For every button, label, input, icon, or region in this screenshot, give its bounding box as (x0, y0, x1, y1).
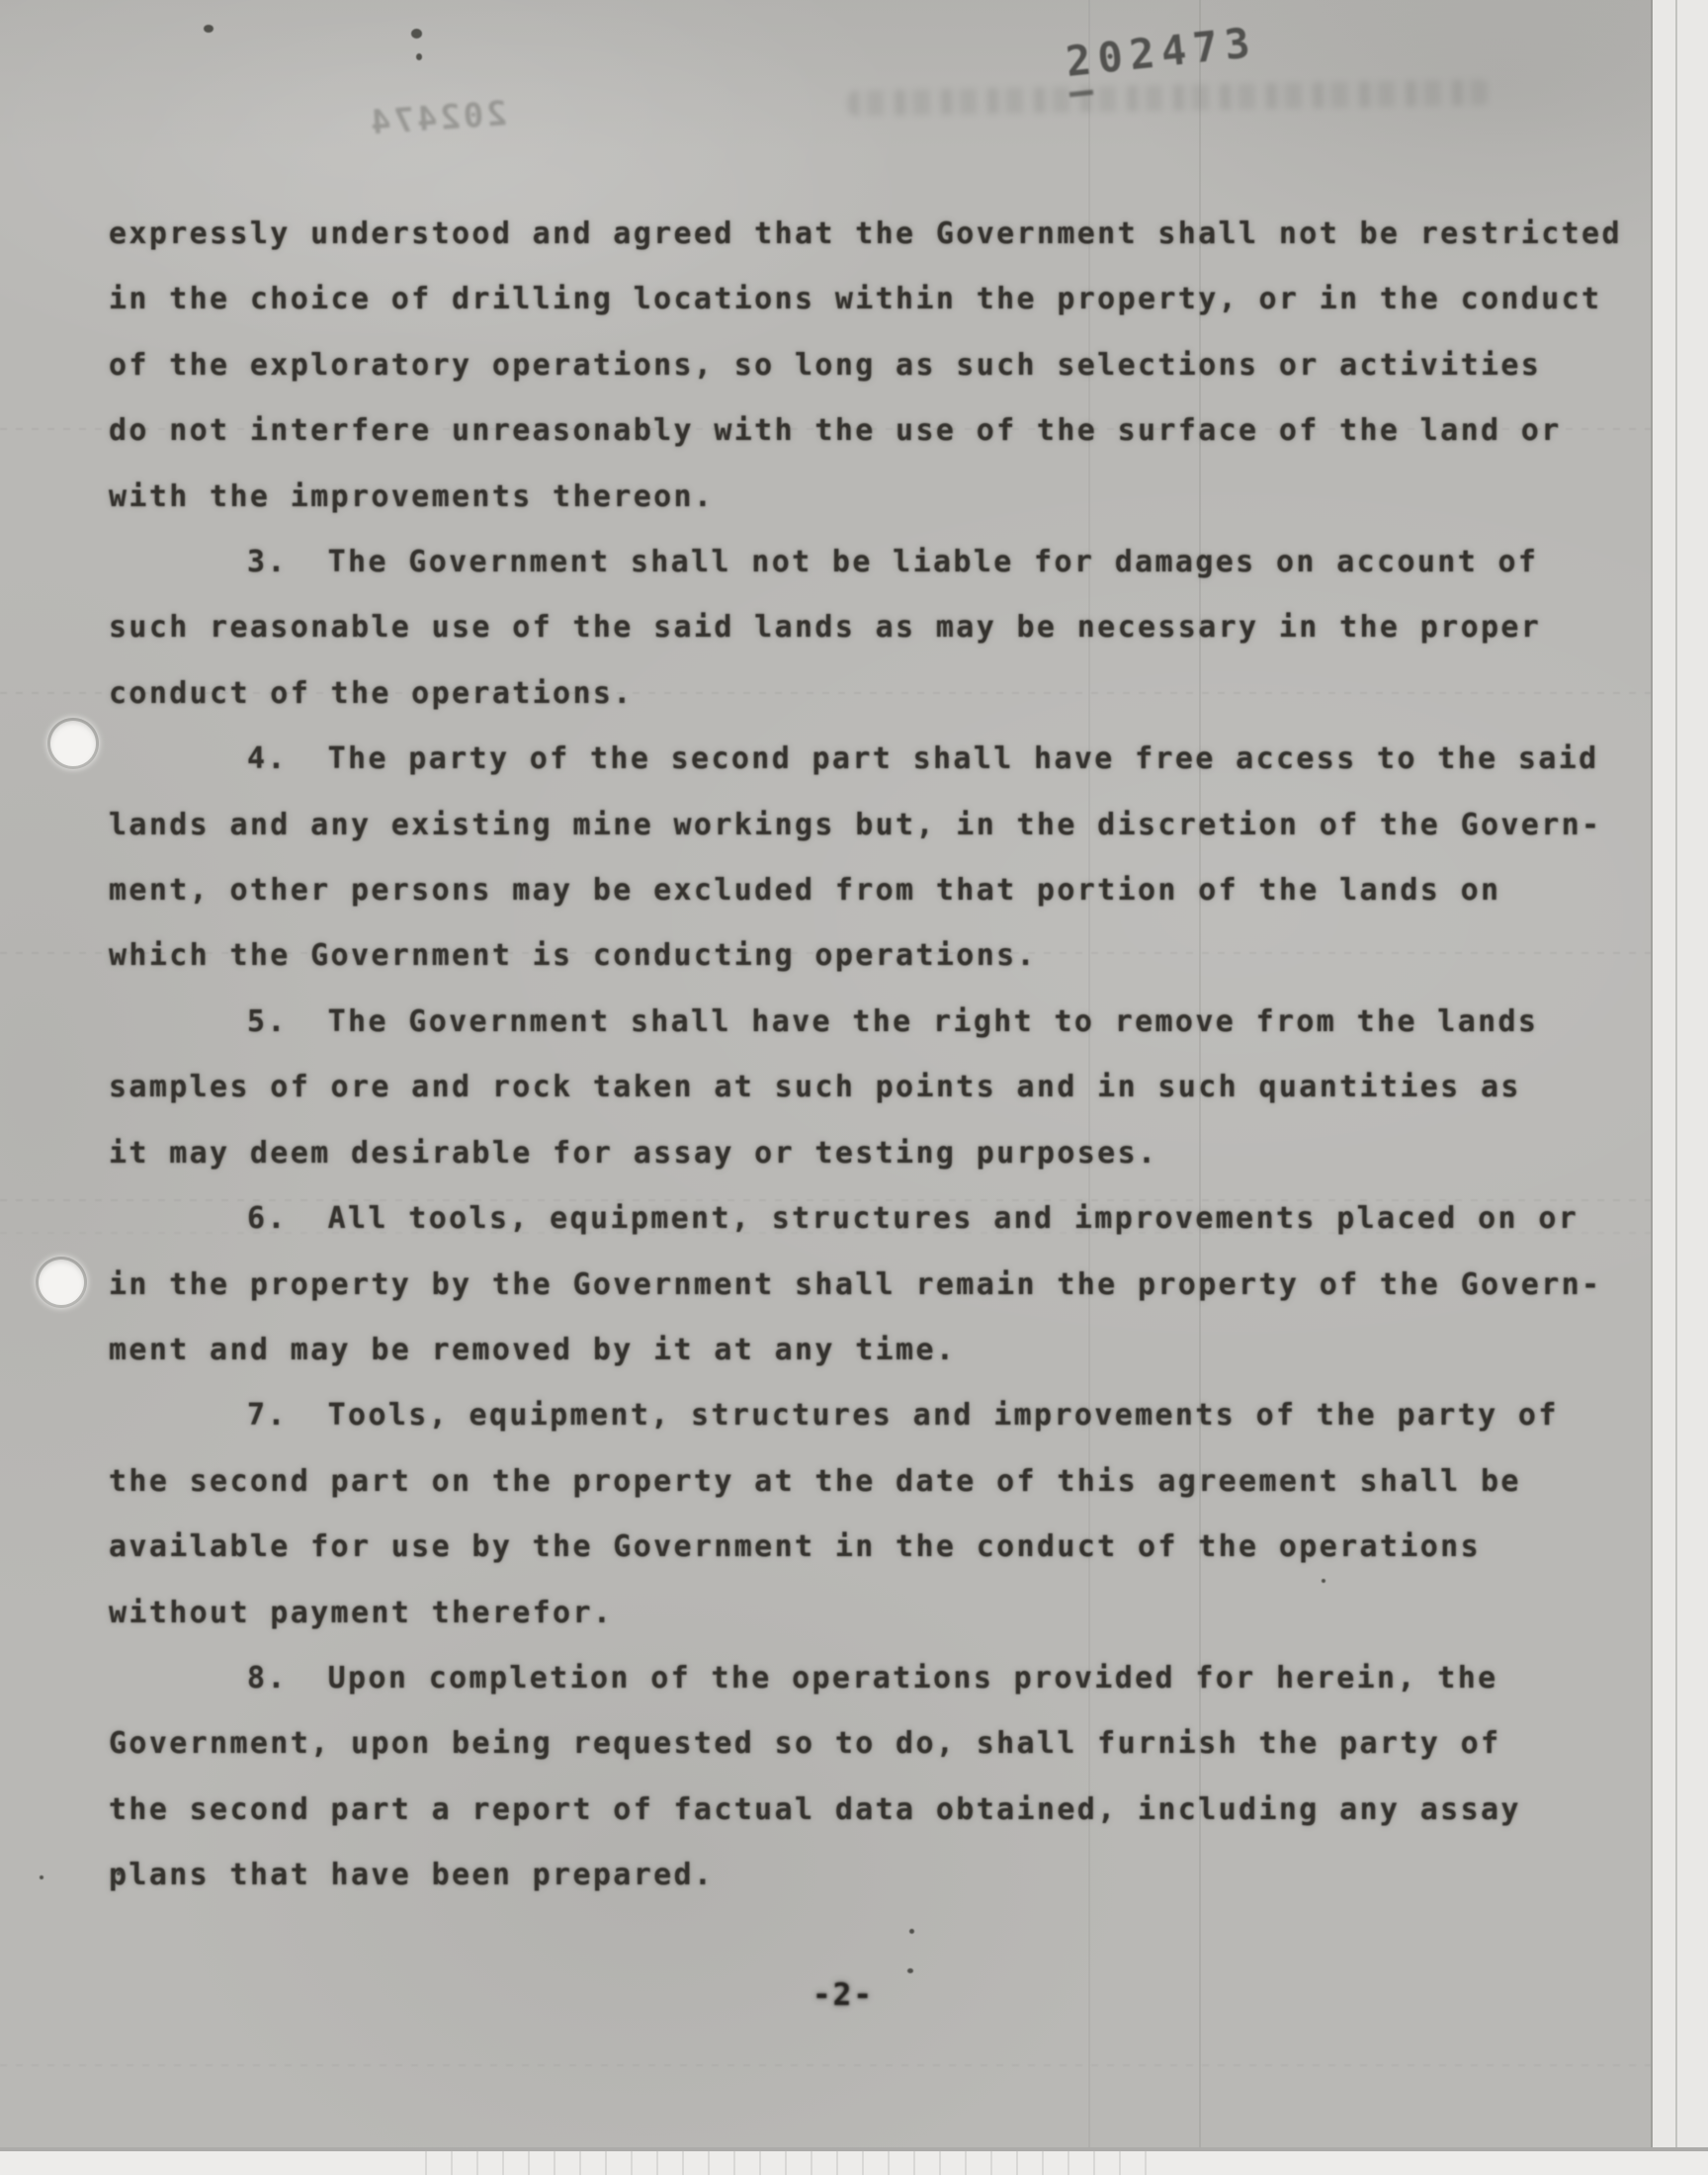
paragraph-clause-7: 7. Tools, equipment, structures and impr… (109, 1383, 1656, 1646)
paragraph-clause-8: 8. Upon completion of the operations pro… (109, 1646, 1656, 1909)
punch-hole-top (47, 718, 99, 769)
paragraph-clause-4: 4. The party of the second part shall ha… (109, 727, 1656, 990)
page-number: -2- (0, 1977, 1686, 2013)
paper-edge-bottom (0, 2147, 1708, 2175)
paragraph-clause-3: 3. The Government shall not be liable fo… (109, 530, 1656, 727)
paragraph-clause-5: 5. The Government shall have the right t… (109, 990, 1656, 1186)
punch-hole-bottom (36, 1257, 87, 1308)
paper-speck (117, 1871, 121, 1875)
document-page: 202473 202474 expressly understood and a… (0, 0, 1708, 2175)
paper-speck (204, 25, 213, 33)
paragraph-continuation: expressly understood and agreed that the… (109, 202, 1656, 530)
paper-speck (411, 29, 422, 39)
paper-speck (909, 1929, 914, 1934)
paper-speck (907, 1968, 913, 1973)
bleedthrough-stamp: 202474 (367, 94, 508, 143)
paper-speck (40, 1875, 43, 1879)
scanner-bed-streaks (425, 2151, 1156, 2175)
paper-speck (416, 53, 422, 60)
paragraph-clause-6: 6. All tools, equipment, structures and … (109, 1186, 1656, 1383)
stamp-number: 202473 (1064, 18, 1259, 86)
typed-body: expressly understood and agreed that the… (109, 202, 1656, 1909)
scan-streak-horizontal-6 (0, 2064, 1651, 2066)
bleedthrough-text-smudge (848, 79, 1489, 116)
paper-speck (1322, 1579, 1325, 1583)
paper-edge-right (1651, 0, 1708, 2147)
